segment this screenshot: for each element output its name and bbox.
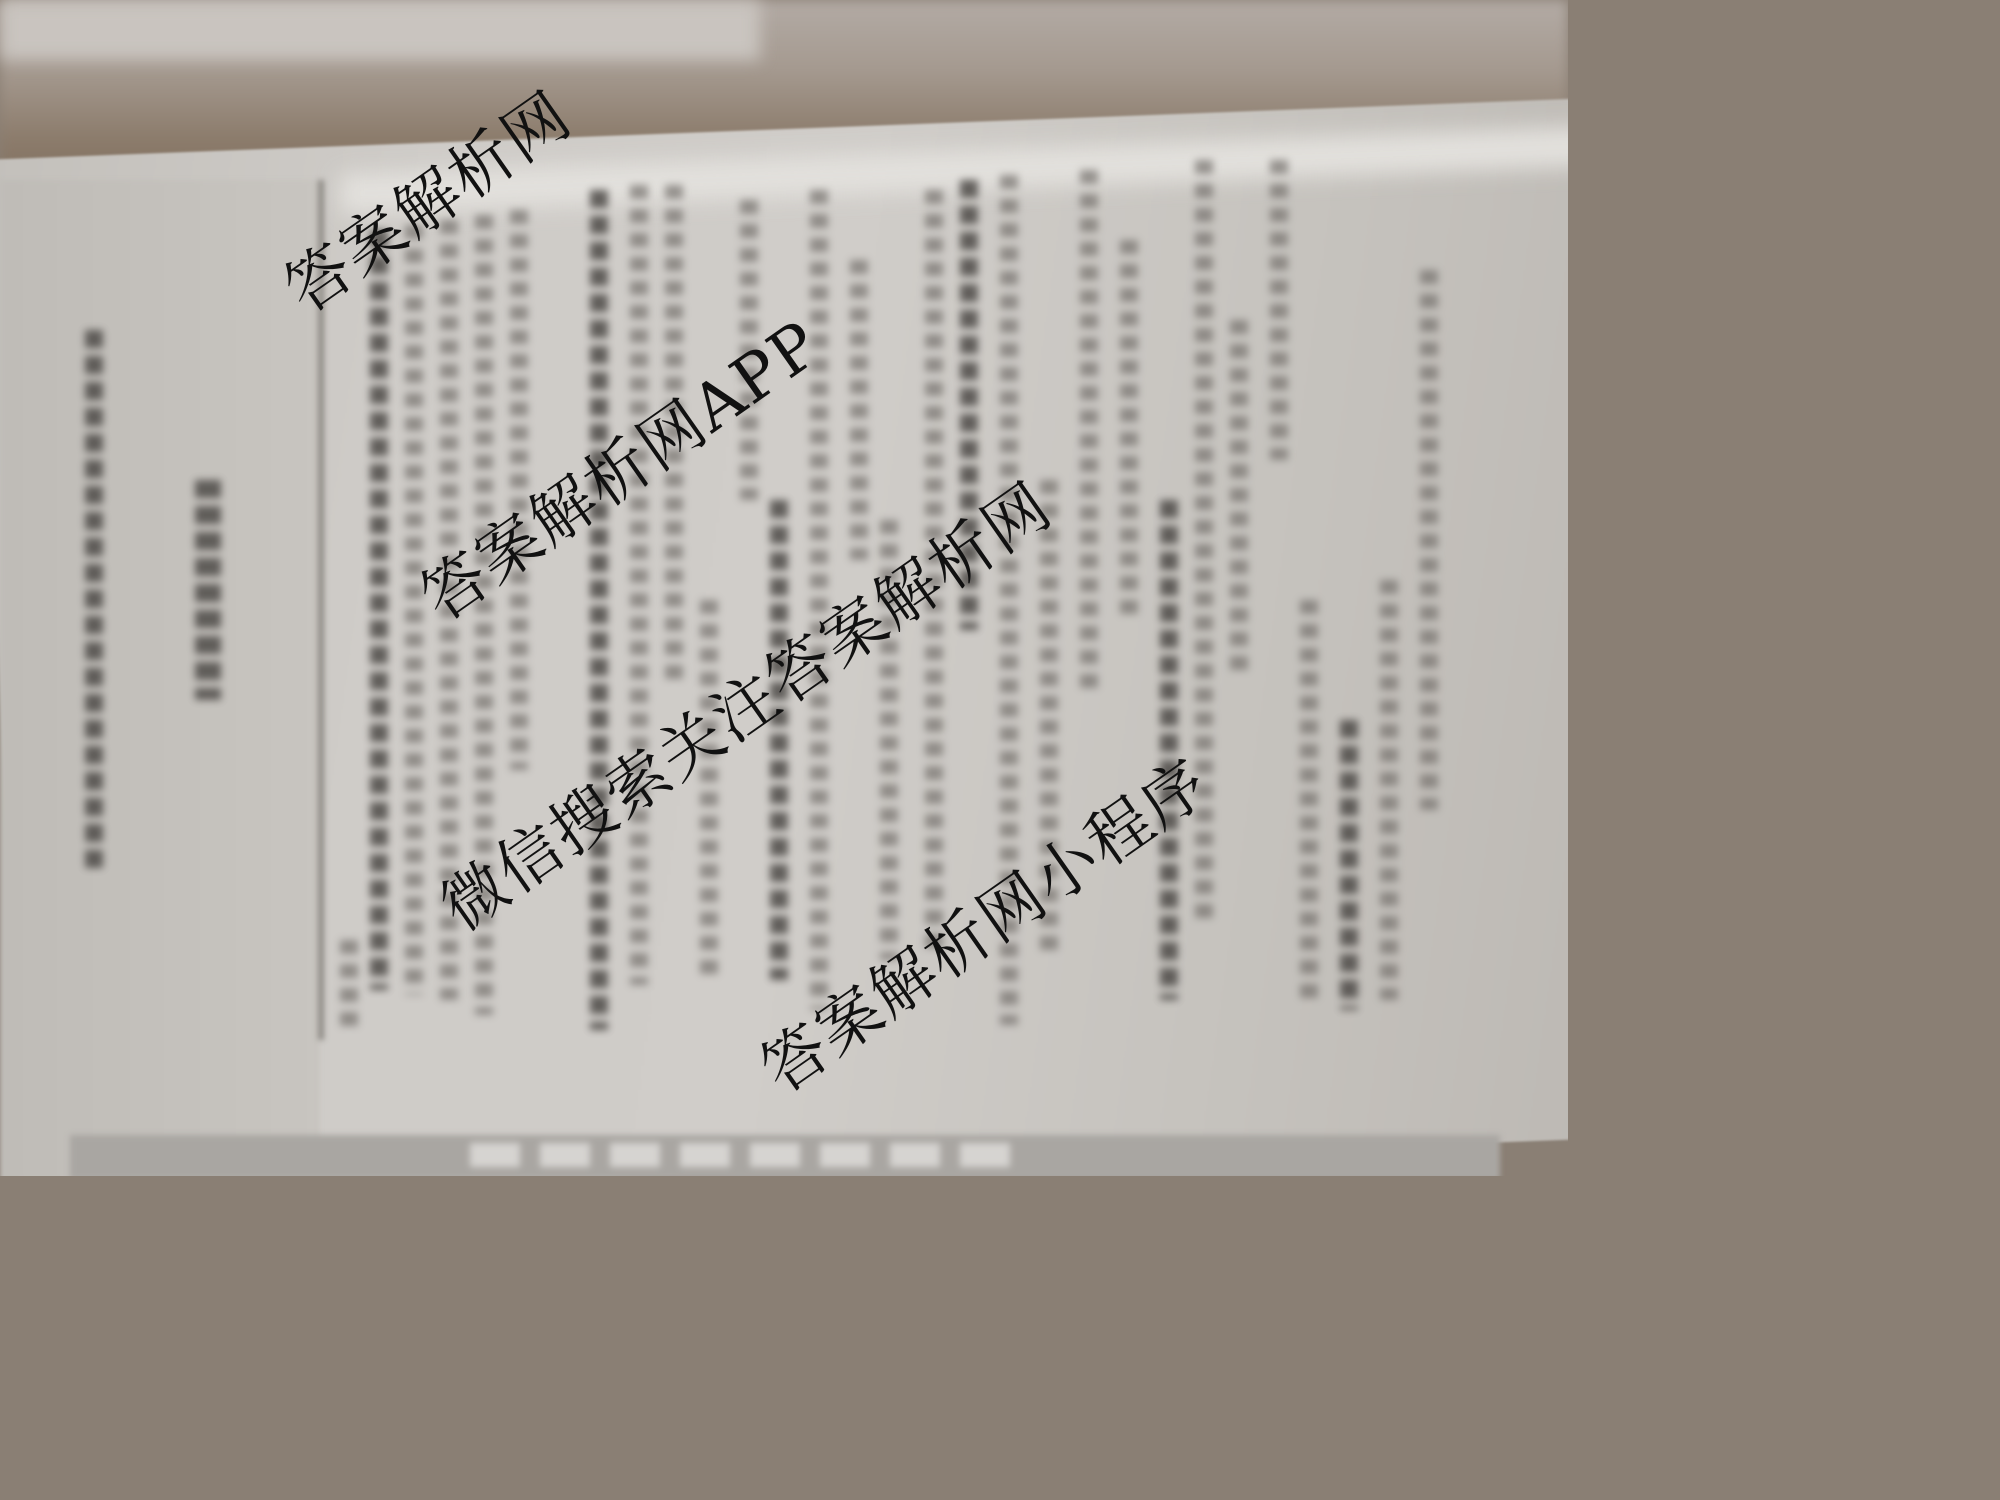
blurred-text-column: [405, 225, 423, 995]
blurred-text-column: [370, 230, 388, 990]
photo-scene: 答案解析网 答案解析网APP 微信搜索关注答案解析网 答案解析网小程序: [0, 0, 1568, 1176]
blurred-text-column: [590, 190, 608, 1030]
blurred-title-column: [85, 330, 103, 870]
blurred-text-column: [1420, 270, 1438, 810]
blurred-subject-title: [195, 480, 221, 700]
blurred-text-column: [1230, 320, 1248, 680]
background-paper-edge: [0, 0, 760, 60]
blurred-text-column: [1120, 240, 1138, 620]
blurred-text-column: [700, 600, 718, 980]
blurred-text-column: [850, 260, 868, 560]
blurred-text-column: [1340, 720, 1358, 1010]
blurred-bottom-band: [70, 1135, 1500, 1176]
blurred-text-column: [1080, 170, 1098, 690]
blurred-text-column: [630, 185, 648, 985]
blurred-text-column: [1300, 600, 1318, 1000]
blurred-text-column: [510, 210, 528, 770]
blurred-text-column: [810, 190, 828, 1010]
exam-paper-cover-strip: [0, 180, 320, 1176]
blurred-text-column: [1270, 160, 1288, 460]
blurred-text-column: [770, 500, 788, 980]
blurred-text-column: [340, 940, 358, 1030]
blurred-text-column: [1380, 580, 1398, 1000]
